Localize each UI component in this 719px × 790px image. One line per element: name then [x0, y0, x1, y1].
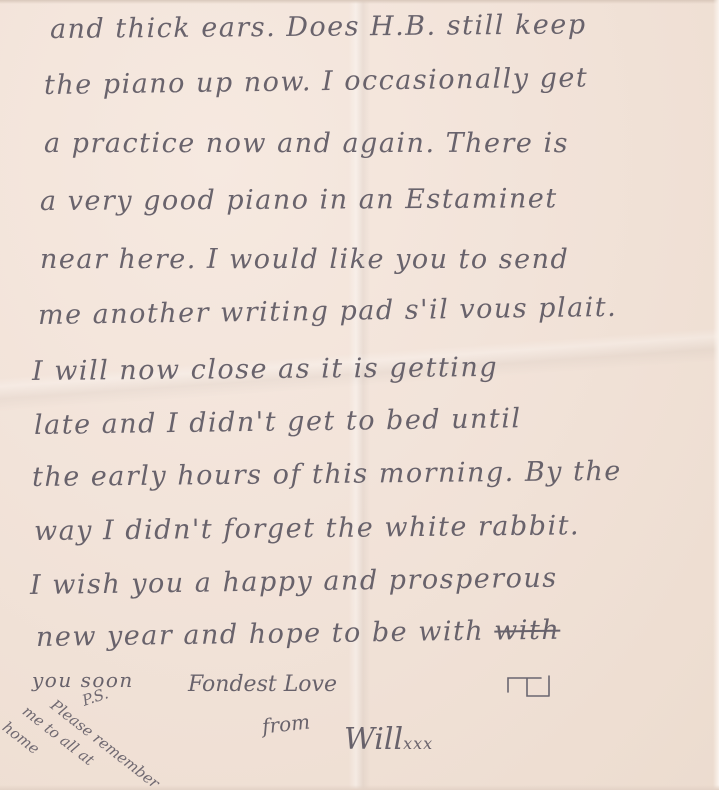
letter-line-11: I wish you a happy and prosperous — [30, 563, 558, 601]
letter-line-12: new year and hope to be with with — [36, 615, 561, 653]
cross-symbol-icon — [505, 674, 553, 700]
letter-line-2: the piano up now. I occasionally get — [44, 62, 589, 101]
postscript-label: P.S. — [80, 684, 111, 709]
letter-line-6: me another writing pad s'il vous plait. — [38, 292, 618, 331]
struck-word: with — [494, 615, 560, 647]
paper-edge-top — [0, 0, 719, 4]
signature-name: Will — [344, 722, 403, 757]
signature: Willxxx — [344, 722, 433, 757]
letter-line-5: near here. I would like you to send — [40, 244, 569, 275]
closing-from: from — [261, 710, 311, 739]
letter-line-10: way I didn't forget the white rabbit. — [34, 510, 580, 547]
letter-line-1: and thick ears. Does H.B. still keep — [50, 9, 587, 45]
letter-page: and thick ears. Does H.B. still keep the… — [0, 0, 719, 790]
letter-line-3: a practice now and again. There is — [44, 128, 569, 159]
postscript: P.S. Please remember me to all at home — [10, 682, 210, 790]
letter-line-9: the early hours of this morning. By the — [32, 456, 622, 493]
letter-line-4: a very good piano in an Estaminet — [40, 183, 558, 217]
letter-line-12-text: new year and hope to be with — [36, 616, 485, 653]
letter-line-8: late and I didn't get to bed until — [34, 403, 522, 441]
signature-kisses: xxx — [403, 734, 433, 753]
letter-line-7: I will now close as it is getting — [32, 352, 498, 387]
closing-salutation: Fondest Love — [188, 672, 337, 697]
paper-edge-right — [713, 0, 719, 790]
